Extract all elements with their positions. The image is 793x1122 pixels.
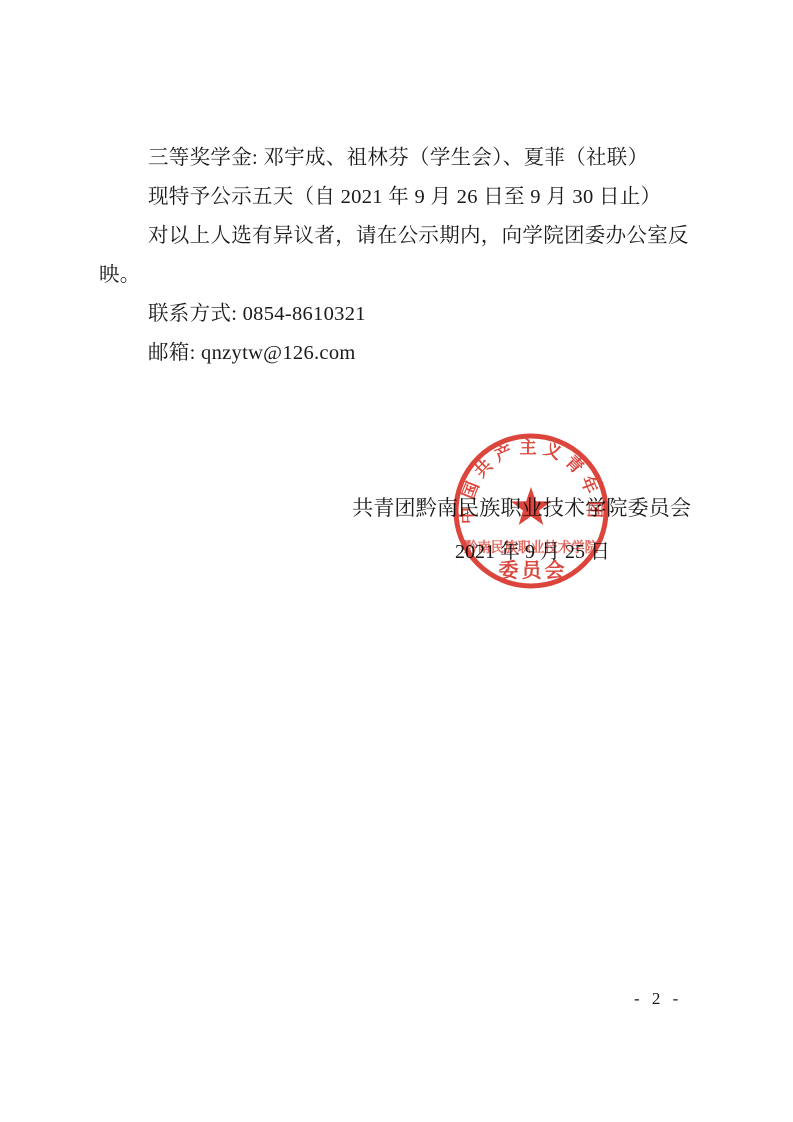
- text-line-contact-email: 邮箱: qnzytw@126.com: [99, 334, 699, 373]
- text-line-publicity-period: 现特予公示五天（自 2021 年 9 月 26 日至 9 月 30 日止）: [99, 178, 699, 217]
- document-page: 三等奖学金: 邓宇成、祖林芬（学生会）、夏菲（社联） 现特予公示五天（自 202…: [0, 0, 793, 1122]
- text-line-objection-1: 对以上人选有异议者，请在公示期内，向学院团委办公室反: [99, 217, 699, 256]
- text-line-contact-phone: 联系方式: 0854-8610321: [99, 295, 699, 334]
- signature-date: 2021 年 9 月 25 日: [455, 535, 610, 564]
- text-line-objection-2: 映。: [99, 256, 699, 295]
- page-number: - 2 -: [634, 989, 682, 1009]
- document-body: 三等奖学金: 邓宇成、祖林芬（学生会）、夏菲（社联） 现特予公示五天（自 202…: [99, 139, 699, 373]
- text-line-scholarship: 三等奖学金: 邓宇成、祖林芬（学生会）、夏菲（社联）: [99, 139, 699, 178]
- signature-organization: 共青团黔南民族职业技术学院委员会: [352, 492, 691, 522]
